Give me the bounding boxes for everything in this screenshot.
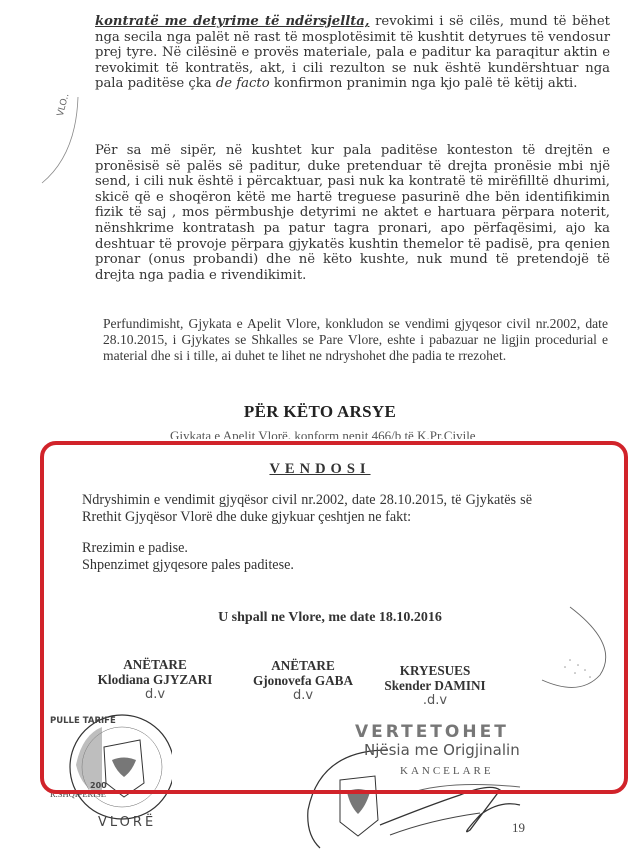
decision-heading: VENDOSI (0, 461, 640, 478)
ruling-text: Ndryshimin e vendimit gjyqësor civil nr.… (82, 492, 532, 525)
signature-mark: d.v (228, 688, 378, 703)
paragraph-contract: kontratë me detyrime të ndërsjellta, rev… (95, 14, 610, 92)
partial-text-line: Gjykata e Apelit Vlorë, konform nenit 46… (170, 428, 476, 439)
ruling-dismissal: Rrezimin e padise. (82, 540, 522, 557)
signatory-chair: KRYESUES Skender DAMINI .d.v (360, 663, 510, 708)
fee-stamp-label: PULLE TARIFE (50, 716, 116, 726)
reasons-heading: PËR KËTO ARSYE (0, 402, 640, 422)
ruling-items: Rrezimin e padise. Shpenzimet gjyqesore … (82, 540, 522, 573)
certified-substamp: Njësia me Origjinalin (364, 741, 520, 759)
signature-mark: .d.v (360, 693, 510, 708)
paragraph-ownership: Për sa më sipër, në kushtet kur pala pad… (95, 143, 610, 283)
faint-seal-icon (540, 605, 620, 700)
paragraph-lead: kontratë me detyrime të ndërsjellta, (95, 14, 369, 29)
seal-city-left: VLORË (98, 815, 156, 830)
signatory-member-2: ANËTARE Gjonovefa GABA d.v (228, 658, 378, 703)
paragraph-conclusion: Perfundimisht, Gjykata e Apelit Vlore, k… (103, 316, 608, 363)
page-number: 19 (512, 820, 525, 836)
certified-stamp: VERTETOHET (355, 722, 509, 742)
fee-stamp-country: R.SHQIPERISE (50, 789, 106, 799)
ruling-costs: Shpenzimet gjyqesore pales paditese. (82, 557, 522, 574)
margin-arc (40, 95, 80, 185)
signatory-member-1: ANËTARE Klodiana GJYZARI d.v (80, 657, 230, 702)
signature-mark: d.v (80, 687, 230, 702)
